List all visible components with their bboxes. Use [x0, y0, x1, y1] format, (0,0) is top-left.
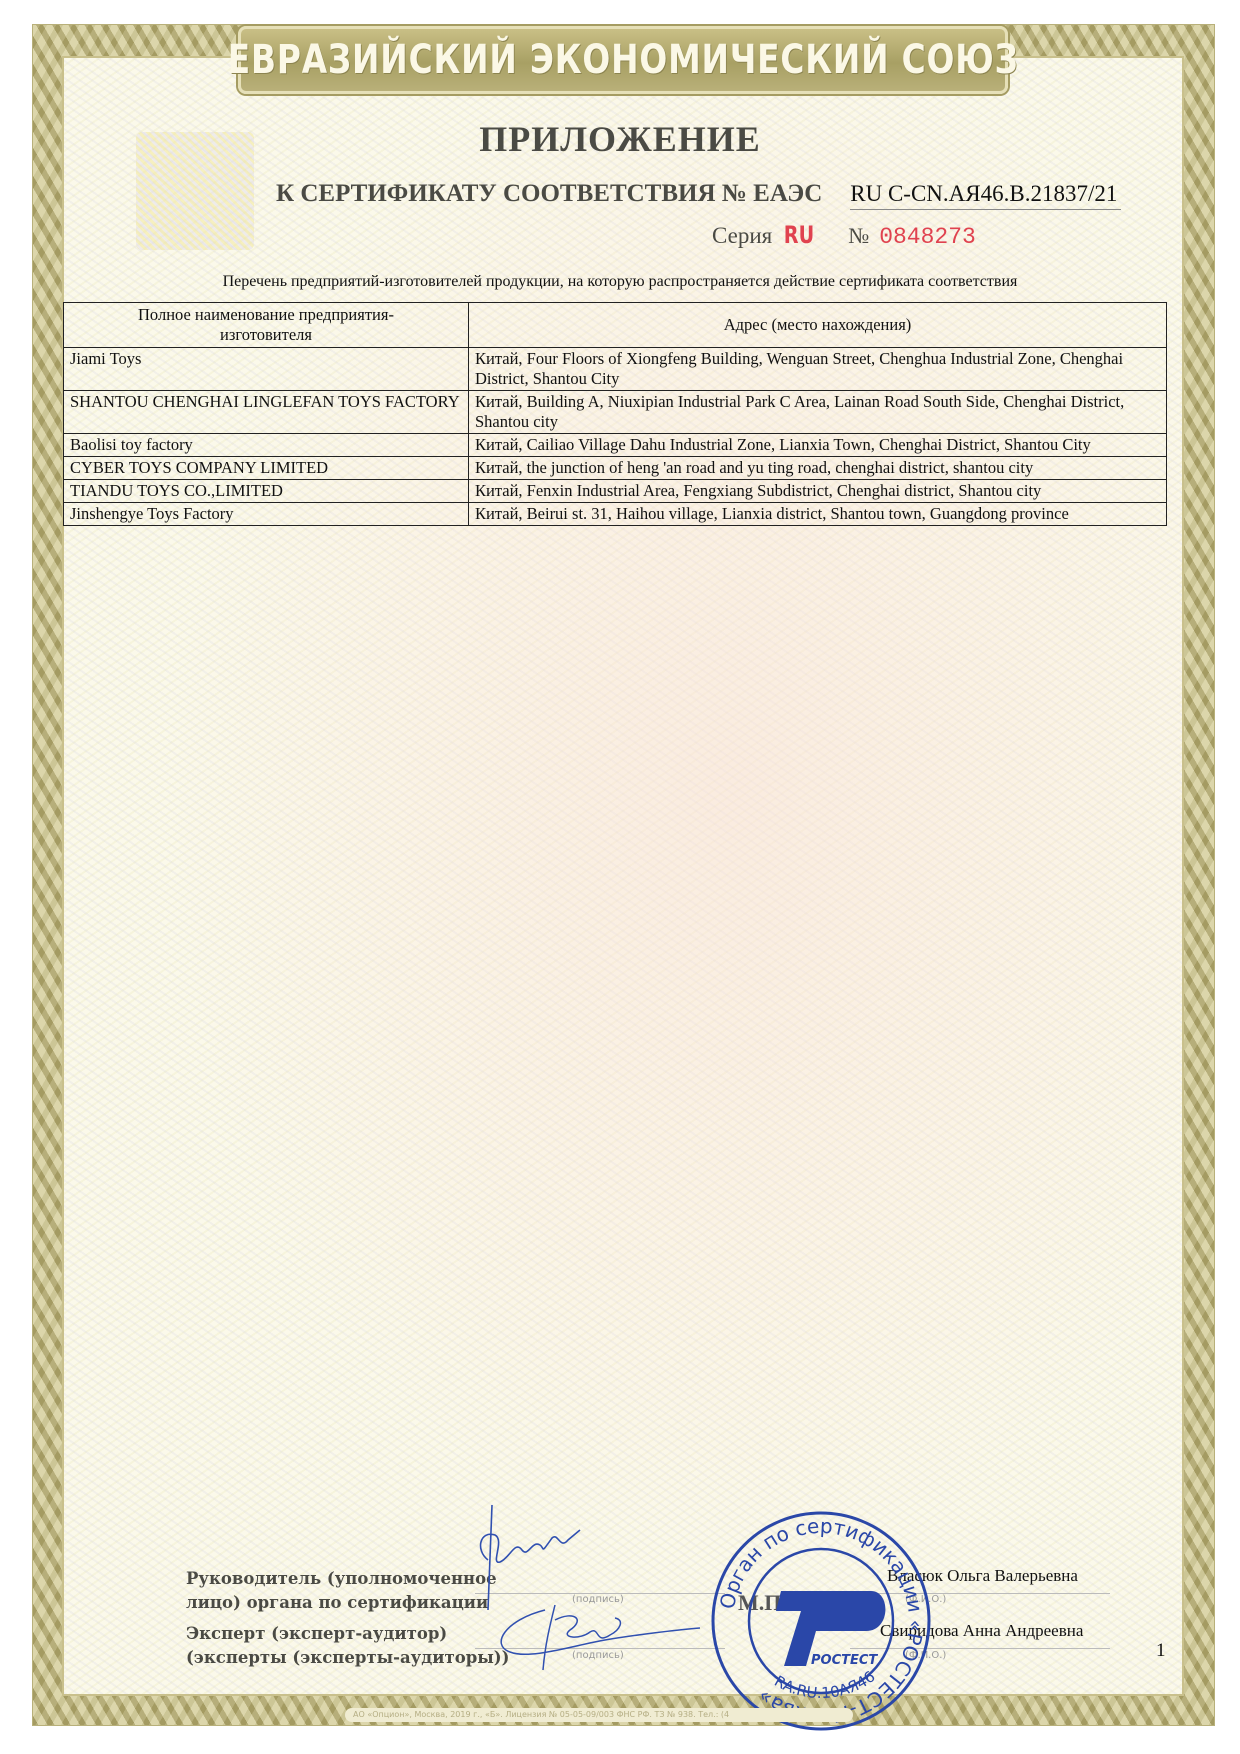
certificate-number: RU C-CN.АЯ46.В.21837/21	[850, 181, 1121, 210]
head-label: Руководитель (уполномоченное лицо) орган…	[186, 1567, 497, 1615]
column-header-name: Полное наименование предприятия-изготови…	[64, 303, 469, 348]
expert-label-line1: Эксперт (эксперт-аудитор)	[186, 1622, 509, 1646]
eaeu-banner: ЕВРАЗИЙСКИЙ ЭКОНОМИЧЕСКИЙ СОЮЗ	[238, 26, 1008, 94]
page-number: 1	[1156, 1640, 1166, 1662]
certificate-reference: К СЕРТИФИКАТУ СООТВЕТСТВИЯ № ЕАЭС RU C-C…	[276, 180, 1121, 210]
manufacturer-name: SHANTOU CHENGHAI LINGLEFAN TOYS FACTORY	[64, 391, 469, 434]
manufacturer-address: Китай, Building A, Niuxipian Industrial …	[469, 391, 1167, 434]
series-label: Серия	[712, 223, 772, 249]
rostest-stamp: Орган по сертификации «РОСТЕСТ-Москва» R…	[706, 1506, 936, 1736]
table-row: TIANDU TOYS CO.,LIMITEDКитай, Fenxin Ind…	[64, 480, 1167, 503]
column-header-address: Адрес (место нахождения)	[469, 303, 1167, 348]
page-title: ПРИЛОЖЕНИЕ	[0, 118, 1240, 160]
table-row: SHANTOU CHENGHAI LINGLEFAN TOYS FACTORYК…	[64, 391, 1167, 434]
expert-label-line2: (эксперты (эксперты-аудиторы))	[186, 1646, 509, 1670]
expert-label: Эксперт (эксперт-аудитор) (эксперты (экс…	[186, 1622, 509, 1670]
head-label-line2: лицо) органа по сертификации	[186, 1591, 497, 1615]
head-label-line1: Руководитель (уполномоченное	[186, 1567, 497, 1591]
series-row: Серия RU № 0848273	[712, 221, 976, 250]
manufacturers-table: Полное наименование предприятия-изготови…	[63, 302, 1167, 526]
manufacturer-name: Jinshengye Toys Factory	[64, 503, 469, 526]
manufacturer-address: Китай, the junction of heng 'an road and…	[469, 457, 1167, 480]
table-row: Jiami ToysКитай, Four Floors of Xiongfen…	[64, 348, 1167, 391]
subtitle: К СЕРТИФИКАТУ СООТВЕТСТВИЯ № ЕАЭС	[276, 180, 822, 208]
manufacturer-name: Baolisi toy factory	[64, 434, 469, 457]
form-number: 0848273	[879, 224, 976, 250]
manufacturer-name: Jiami Toys	[64, 348, 469, 391]
printer-imprint: АО «Опцион», Москва, 2019 г., «Б». Лицен…	[345, 1708, 853, 1722]
expert-signature	[485, 1590, 705, 1680]
table-row: CYBER TOYS COMPANY LIMITEDКитай, the jun…	[64, 457, 1167, 480]
list-caption: Перечень предприятий-изготовителей проду…	[0, 273, 1240, 291]
number-label: №	[848, 223, 869, 249]
manufacturer-name: CYBER TOYS COMPANY LIMITED	[64, 457, 469, 480]
table-row: Jinshengye Toys FactoryКитай, Beirui st.…	[64, 503, 1167, 526]
series-value: RU	[784, 221, 814, 249]
table-row: Baolisi toy factoryКитай, Cailiao Villag…	[64, 434, 1167, 457]
svg-text:РОСТЕСТ: РОСТЕСТ	[811, 1653, 878, 1668]
manufacturer-address: Китай, Four Floors of Xiongfeng Building…	[469, 348, 1167, 391]
table-header-row: Полное наименование предприятия-изготови…	[64, 303, 1167, 348]
manufacturer-address: Китай, Fenxin Industrial Area, Fengxiang…	[469, 480, 1167, 503]
manufacturer-address: Китай, Beirui st. 31, Haihou village, Li…	[469, 503, 1167, 526]
banner-text: ЕВРАЗИЙСКИЙ ЭКОНОМИЧЕСКИЙ СОЮЗ	[228, 37, 1019, 83]
manufacturer-address: Китай, Cailiao Village Dahu Industrial Z…	[469, 434, 1167, 457]
manufacturer-name: TIANDU TOYS CO.,LIMITED	[64, 480, 469, 503]
